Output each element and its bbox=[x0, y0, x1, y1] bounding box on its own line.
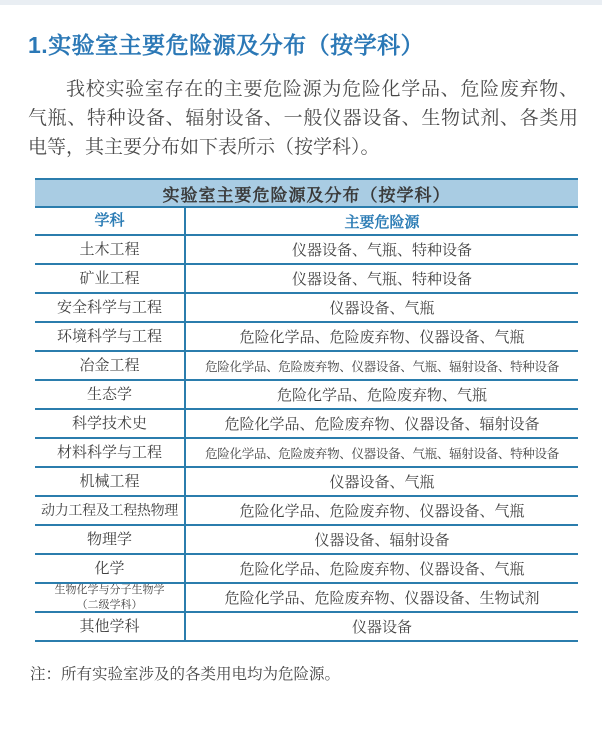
hazards-cell: 危险化学品、危险废弃物、仪器设备、气瓶、辐射设备、特种设备 bbox=[184, 352, 578, 379]
hazard-table: 实验室主要危险源及分布（按学科） 学科 主要危险源 土木工程 仪器设备、气瓶、特… bbox=[35, 178, 578, 642]
table-row: 机械工程 仪器设备、气瓶 bbox=[35, 468, 578, 497]
hazards-cell: 仪器设备、气瓶 bbox=[184, 468, 578, 495]
column-header-hazards: 主要危险源 bbox=[184, 208, 578, 234]
subject-label: 化学 bbox=[94, 560, 124, 577]
subject-cell: 安全科学与工程 bbox=[35, 294, 184, 321]
subject-label: 动力工程及工程热物理 bbox=[41, 502, 178, 518]
table-row: 环境科学与工程 危险化学品、危险废弃物、仪器设备、气瓶 bbox=[35, 323, 578, 352]
hazards-cell: 危险化学品、危险废弃物、仪器设备、气瓶 bbox=[184, 497, 578, 524]
subject-cell: 材料科学与工程 bbox=[35, 439, 184, 466]
table-row: 土木工程 仪器设备、气瓶、特种设备 bbox=[35, 236, 578, 265]
hazards-cell: 危险化学品、危险废弃物、气瓶 bbox=[184, 381, 578, 408]
table-row: 动力工程及工程热物理 危险化学品、危险废弃物、仪器设备、气瓶 bbox=[35, 497, 578, 526]
subject-sublabel: （二级学科） bbox=[77, 598, 143, 612]
subject-label: 其他学科 bbox=[79, 618, 139, 635]
table-row: 其他学科 仪器设备 bbox=[35, 613, 578, 642]
table-row: 生物化学与分子生物学（二级学科） 危险化学品、危险废弃物、仪器设备、生物试剂 bbox=[35, 584, 578, 613]
hazards-cell: 仪器设备、辐射设备 bbox=[184, 526, 578, 553]
table-header-row: 学科 主要危险源 bbox=[35, 208, 578, 236]
table-row: 化学 危险化学品、危险废弃物、仪器设备、气瓶 bbox=[35, 555, 578, 584]
page-title: 1.实验室主要危险源及分布（按学科） bbox=[28, 29, 574, 61]
intro-paragraph: 我校实验室存在的主要危险源为危险化学品、危险废弃物、气瓶、特种设备、辐射设备、一… bbox=[28, 75, 578, 162]
hazards-cell: 危险化学品、危险废弃物、仪器设备、气瓶 bbox=[184, 323, 578, 350]
table-row: 材料科学与工程 危险化学品、危险废弃物、仪器设备、气瓶、辐射设备、特种设备 bbox=[35, 439, 578, 468]
table-row: 冶金工程 危险化学品、危险废弃物、仪器设备、气瓶、辐射设备、特种设备 bbox=[35, 352, 578, 381]
footnote: 注：所有实验室涉及的各类用电均为危险源。 bbox=[30, 662, 602, 684]
subject-label: 安全科学与工程 bbox=[57, 299, 162, 316]
hazards-cell: 危险化学品、危险废弃物、仪器设备、辐射设备 bbox=[184, 410, 578, 437]
subject-label: 机械工程 bbox=[79, 473, 139, 490]
subject-label: 冶金工程 bbox=[79, 357, 139, 374]
subject-cell: 动力工程及工程热物理 bbox=[35, 497, 184, 524]
subject-label: 环境科学与工程 bbox=[57, 328, 162, 345]
subject-cell: 机械工程 bbox=[35, 468, 184, 495]
subject-cell: 化学 bbox=[35, 555, 184, 582]
hazards-cell: 仪器设备 bbox=[184, 613, 578, 640]
table-body: 土木工程 仪器设备、气瓶、特种设备 矿业工程 仪器设备、气瓶、特种设备 安全科学… bbox=[35, 236, 578, 642]
table-row: 生态学 危险化学品、危险废弃物、气瓶 bbox=[35, 381, 578, 410]
subject-label: 矿业工程 bbox=[79, 270, 139, 287]
subject-cell: 科学技术史 bbox=[35, 410, 184, 437]
hazards-cell: 危险化学品、危险废弃物、仪器设备、生物试剂 bbox=[184, 584, 578, 611]
table-row: 安全科学与工程 仪器设备、气瓶 bbox=[35, 294, 578, 323]
hazards-cell: 仪器设备、气瓶、特种设备 bbox=[184, 265, 578, 292]
subject-label: 生态学 bbox=[87, 386, 132, 403]
subject-cell: 冶金工程 bbox=[35, 352, 184, 379]
top-band bbox=[0, 0, 602, 5]
subject-label: 材料科学与工程 bbox=[57, 444, 162, 461]
subject-label: 物理学 bbox=[87, 531, 132, 548]
subject-cell: 矿业工程 bbox=[35, 265, 184, 292]
table-row: 矿业工程 仪器设备、气瓶、特种设备 bbox=[35, 265, 578, 294]
subject-cell: 土木工程 bbox=[35, 236, 184, 263]
subject-label: 生物化学与分子生物学 bbox=[55, 584, 165, 598]
hazards-cell: 危险化学品、危险废弃物、仪器设备、气瓶 bbox=[184, 555, 578, 582]
hazards-cell: 仪器设备、气瓶、特种设备 bbox=[184, 236, 578, 263]
hazards-cell: 仪器设备、气瓶 bbox=[184, 294, 578, 321]
subject-cell: 生态学 bbox=[35, 381, 184, 408]
table-row: 物理学 仪器设备、辐射设备 bbox=[35, 526, 578, 555]
subject-label: 科学技术史 bbox=[72, 415, 147, 432]
subject-cell: 环境科学与工程 bbox=[35, 323, 184, 350]
table-title: 实验室主要危险源及分布（按学科） bbox=[35, 180, 578, 208]
subject-cell: 物理学 bbox=[35, 526, 184, 553]
subject-cell: 生物化学与分子生物学（二级学科） bbox=[35, 584, 184, 611]
hazards-cell: 危险化学品、危险废弃物、仪器设备、气瓶、辐射设备、特种设备 bbox=[184, 439, 578, 466]
subject-label: 土木工程 bbox=[79, 241, 139, 258]
subject-cell: 其他学科 bbox=[35, 613, 184, 640]
table-row: 科学技术史 危险化学品、危险废弃物、仪器设备、辐射设备 bbox=[35, 410, 578, 439]
column-header-subject: 学科 bbox=[35, 208, 184, 234]
